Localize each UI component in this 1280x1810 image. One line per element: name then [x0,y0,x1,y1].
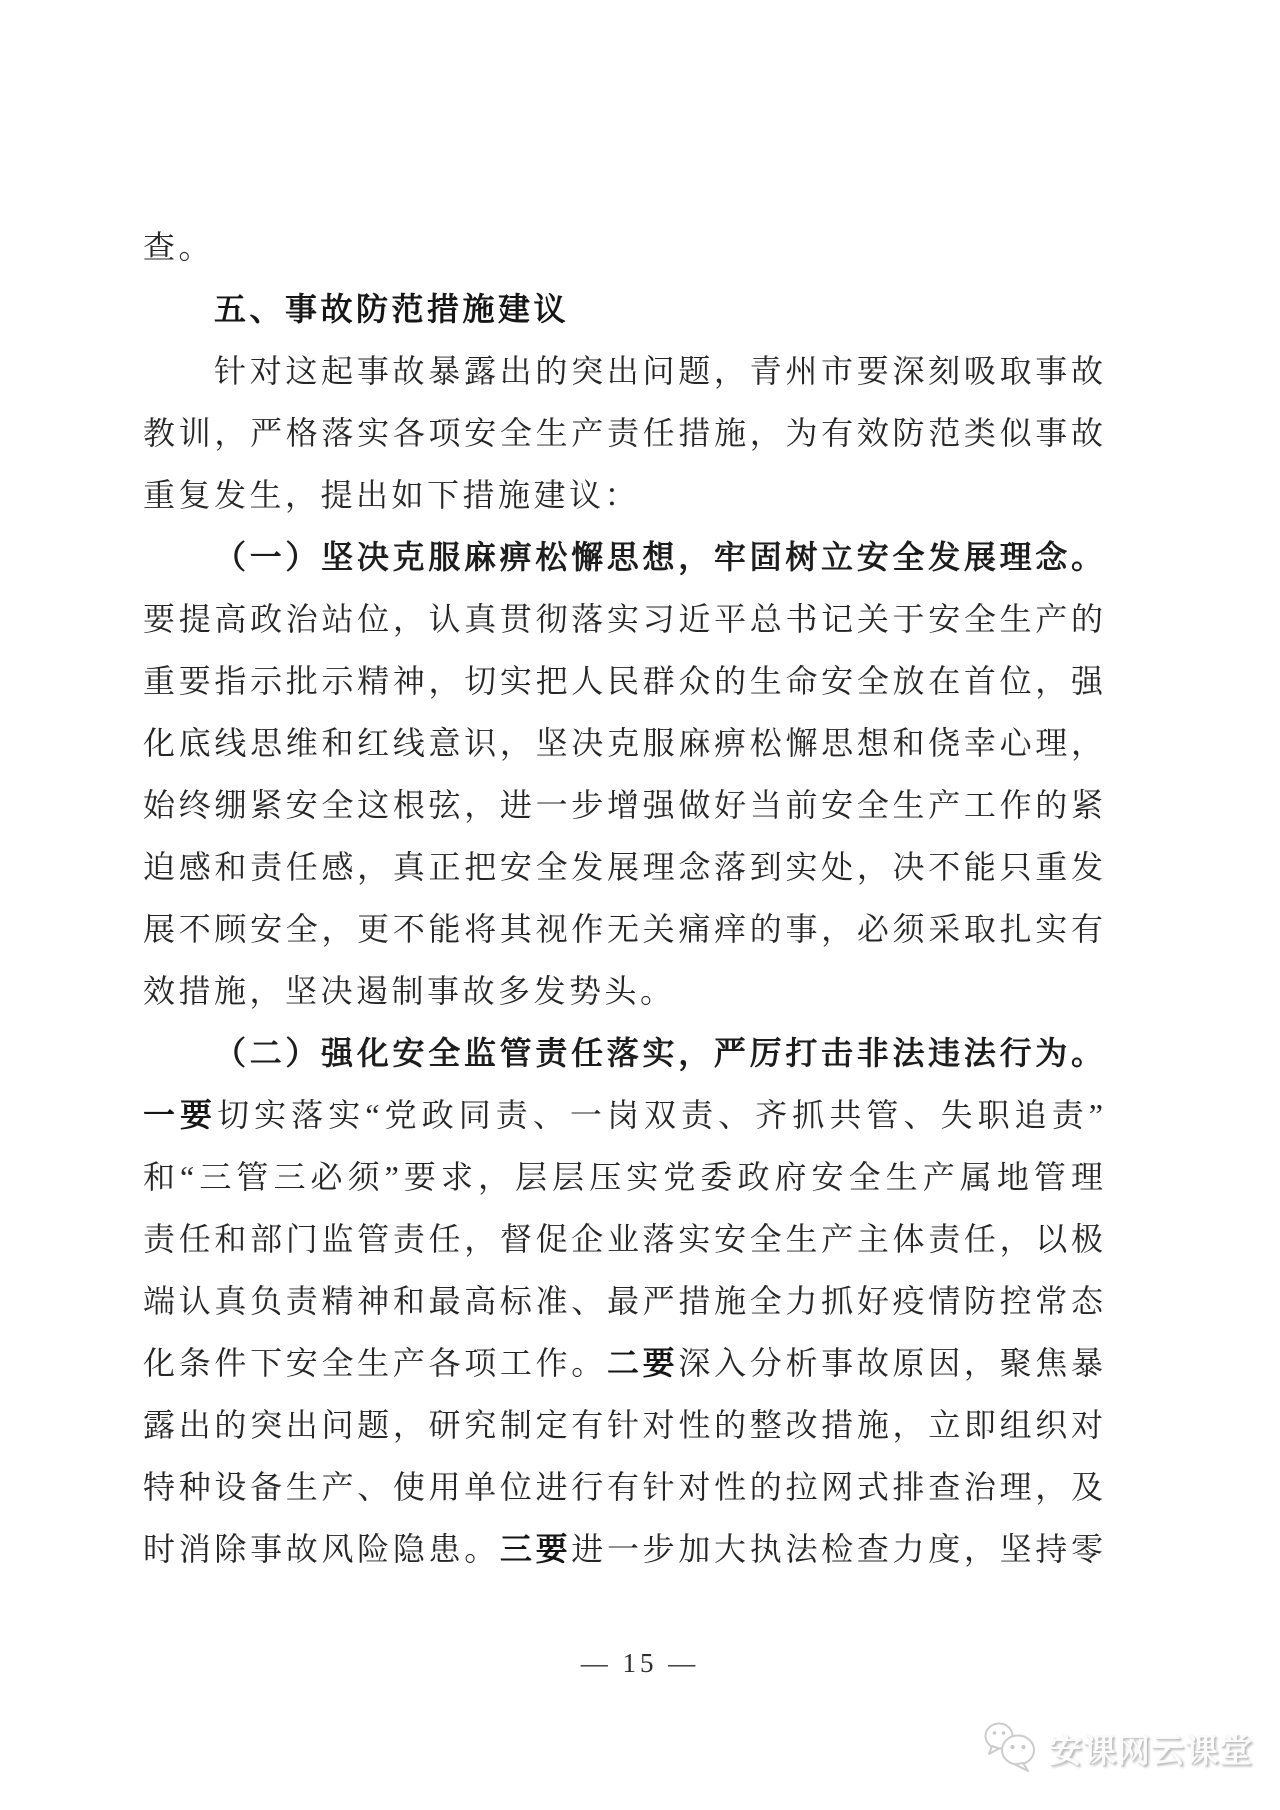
text-run: 进一步加大执法检查力度，坚持零 [571,1531,1103,1567]
bold-run: 一要 [143,1097,217,1133]
document-page: 查。 五、事故防范措施建议 针对这起事故暴露出的突出问题，青州市要深刻吸取事故 … [0,0,1280,1810]
text-run: 化条件下安全生产各项工作。 [143,1345,607,1381]
bold-run: 二要 [607,1345,678,1381]
watermark-label: 安课网云课堂 [1049,1725,1253,1772]
text-line: 化条件下安全生产各项工作。二要深入分析事故原因，聚焦暴 [143,1332,1103,1394]
text-line: 时消除事故风险隐患。三要进一步加大执法检查力度，坚持零 [143,1518,1103,1580]
watermark: 安课网云课堂 [982,1720,1253,1777]
text-line: 露出的突出问题，研究制定有针对性的整改措施，立即组织对 [143,1394,1103,1456]
text-line: 和“三管三必须”要求，层层压实党委政府安全生产属地管理 [143,1146,1103,1208]
text-line: 始终绷紧安全这根弦，进一步增强做好当前安全生产工作的紧 [143,774,1103,836]
text-line: 重要指示批示精神，切实把人民群众的生命安全放在首位，强 [143,650,1103,712]
text-run: 时消除事故风险隐患。 [143,1531,500,1567]
text-line: 端认真负责精神和最高标准、最严措施全力抓好疫情防控常态 [143,1270,1103,1332]
text-line: 教训，严格落实各项安全生产责任措施，为有效防范类似事故 [143,402,1103,464]
chat-bubbles-icon [982,1720,1040,1777]
text-line: 查。 [143,216,1103,278]
text-line: 要提高政治站位，认真贯彻落实习近平总书记关于安全生产的 [143,588,1103,650]
text-line: 一要切实落实“党政同责、一岗双责、齐抓共管、失职追责” [143,1084,1103,1146]
subsection-heading-1: （一）坚决克服麻痹松懈思想，牢固树立安全发展理念。 [143,526,1103,588]
text-run: 深入分析事故原因，聚焦暴 [678,1345,1103,1381]
subsection-heading-2: （二）强化安全监管责任落实，严厉打击非法违法行为。 [143,1022,1103,1084]
document-text-block: 查。 五、事故防范措施建议 针对这起事故暴露出的突出问题，青州市要深刻吸取事故 … [143,216,1103,1580]
text-line: 化底线思维和红线意识，坚决克服麻痹松懈思想和侥幸心理， [143,712,1103,774]
section-heading-5: 五、事故防范措施建议 [143,278,1103,340]
text-line: 针对这起事故暴露出的突出问题，青州市要深刻吸取事故 [143,340,1103,402]
text-line: 展不顾安全，更不能将其视作无关痛痒的事，必须采取扎实有 [143,898,1103,960]
page-number: — 15 — [0,1638,1280,1688]
text-line: 重复发生，提出如下措施建议： [143,464,1103,526]
bold-run: 三要 [500,1531,571,1567]
text-line: 特种设备生产、使用单位进行有针对性的拉网式排查治理，及 [143,1456,1103,1518]
text-run: 切实落实“党政同责、一岗双责、齐抓共管、失职追责” [217,1097,1103,1133]
text-line: 责任和部门监管责任，督促企业落实安全生产主体责任，以极 [143,1208,1103,1270]
text-line: 迫感和责任感，真正把安全发展理念落到实处，决不能只重发 [143,836,1103,898]
text-line: 效措施，坚决遏制事故多发势头。 [143,960,1103,1022]
